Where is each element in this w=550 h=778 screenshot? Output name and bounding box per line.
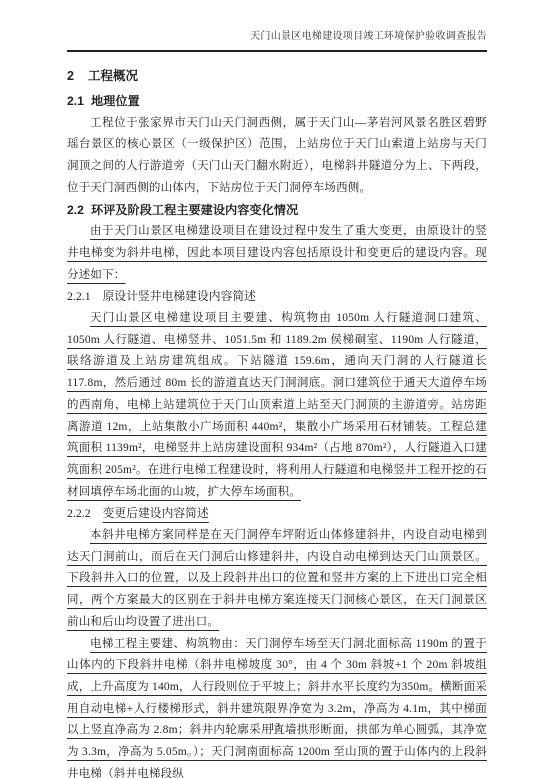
heading-number: 2.2.1 [67,289,91,303]
document-content: 天门山景区电梯建设项目竣工环境保护验收调查报告 2工程概况 2.1地理位置 工程… [67,30,487,778]
paragraph-geographic-location: 工程位于张家界市天门山天门洞西侧，属于天门山—茅岩河风景名胜区碧野瑶台景区的核心… [67,113,487,200]
heading-number: 2.1 [67,94,84,108]
heading-title: 变更后建设内容简述 [103,506,209,520]
heading-number: 2 [67,69,74,83]
section-heading-2-1: 2.1地理位置 [67,91,487,113]
running-header: 天门山景区电梯建设项目竣工环境保护验收调查报告 [67,30,487,52]
heading-title: 环评及阶段工程主要建设内容变化情况 [91,203,298,217]
section-heading-2: 2工程概况 [67,65,487,87]
paragraph-changed-overview: 本斜井电梯方案同样是在天门洞停车坪附近山体修建斜井，内设自动电梯到达天门洞前山，… [67,525,487,634]
heading-number: 2.2 [67,203,84,217]
paragraph-change-intro: 由于天门山景区电梯建设项目在建设过程中发生了重大变更，由原设计的竖井电梯变为斜井… [67,221,487,286]
heading-title: 工程概况 [88,69,138,83]
paragraph-elevator-works: 电梯工程主要建、构筑物由：天门洞停车场至天门洞北面标高 1190m 的置于山体内… [67,634,487,778]
running-header-title: 天门山景区电梯建设项目竣工环境保护验收调查报告 [250,31,487,42]
section-heading-2-2-1: 2.2.1原设计竖井电梯建设内容简述 [67,286,487,308]
paragraph-original-design: 天门山景区电梯建设项目主要建、构筑物由 1050m 人行隧道洞口建筑、1050m… [67,308,487,503]
page-number: 13 [0,721,550,735]
heading-title: 原设计竖井电梯建设内容简述 [103,289,256,303]
heading-number: 2.2.2 [67,506,91,520]
section-heading-2-2: 2.2环评及阶段工程主要建设内容变化情况 [67,200,487,222]
document-page: 天门山景区电梯建设项目竣工环境保护验收调查报告 2工程概况 2.1地理位置 工程… [0,0,550,778]
section-heading-2-2-2: 2.2.2变更后建设内容简述 [67,503,487,525]
heading-title: 地理位置 [91,94,140,108]
